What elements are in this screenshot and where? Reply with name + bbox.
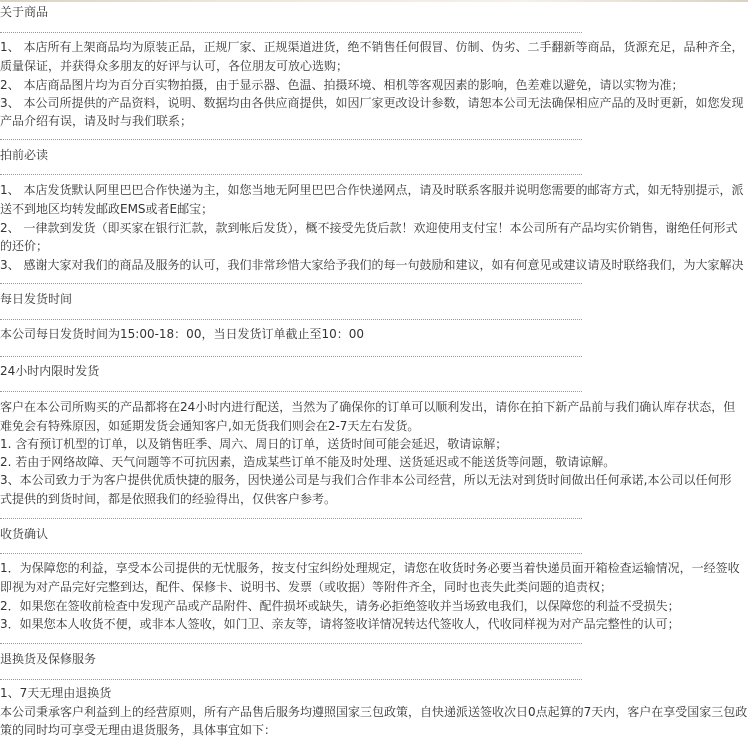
divider xyxy=(0,139,582,140)
paragraph-line: 即视为对产品完好完整到达，配件、保修卡、说明书、发票（或收据）等附件齐全，同时也… xyxy=(0,578,612,597)
paragraph-line: 质量保证，并获得众多朋友的好评与认可，各位朋友可放心选购； xyxy=(0,57,348,76)
divider xyxy=(0,32,582,33)
paragraph-line: 1、7天无理由退换货 xyxy=(0,684,111,703)
divider xyxy=(0,553,582,554)
paragraph-line: 2、 一律款到发货（即买家在银行汇款，款到帐后发货），概不接受先货后款！欢迎使用… xyxy=(0,219,737,238)
paragraph-line: 策的同时均可享受无理由退货服务，具体事宜如下： xyxy=(0,721,276,739)
top-border xyxy=(0,0,748,2)
paragraph-line: 3、 本公司所提供的产品资料，说明、数据均由各供应商提供，如因厂家更改设计参数，… xyxy=(0,94,743,113)
paragraph-line: 2．如果您在签收前检查中发现产品或产品附件、配件损坏或缺失，请务必拒绝签收并当场… xyxy=(0,597,680,616)
divider xyxy=(0,518,582,519)
paragraph-line: 客户在本公司所购买的产品都将在24小时内进行配送，当然为了确保你的订单可以顺利发… xyxy=(0,398,735,417)
paragraph-line: 2、 本店商品图片均为百分百实物拍摄，由于显示器、色温、拍摄环境、相机等客观因素… xyxy=(0,76,683,95)
divider xyxy=(0,319,582,320)
section-title-pre-purchase: 拍前必读 xyxy=(0,146,48,165)
paragraph-line: 的还价； xyxy=(0,237,48,256)
section-title-daily-shipping: 每日发货时间 xyxy=(0,290,72,309)
section-title-about-products: 关于商品 xyxy=(0,3,48,22)
section-title-24h-shipping: 24小时内限时发货 xyxy=(0,362,99,381)
paragraph-line: 1、 本店发货默认阿里巴巴合作快递为主，如您当地无阿里巴巴合作快递网点，请及时联… xyxy=(0,181,743,200)
paragraph-line: 1、 本店所有上架商品均为原装正品，正规厂家、正规渠道进货，绝不销售任何假冒、仿… xyxy=(0,38,743,57)
paragraph-line: 1．为保障您的利益，享受本公司提供的无忧服务，按支付宝纠纷处理规定，请您在收货时… xyxy=(0,559,740,578)
divider xyxy=(0,643,582,644)
paragraph-line: 3、 感谢大家对我们的商品及服务的认可，我们非常珍惜大家给予我们的每一句鼓励和建… xyxy=(0,256,743,275)
paragraph-line: 2. 若由于网络故障、天气问题等不可抗因素，造成某些订单不能及时处理、送货延迟或… xyxy=(0,453,615,472)
paragraph-line: 1. 含有预订机型的订单，以及销售旺季、周六、周日的订单，送货时间可能会延迟，敬… xyxy=(0,435,507,454)
divider xyxy=(0,356,582,357)
paragraph-line: 产品介绍有误，请及时与我们联系； xyxy=(0,112,192,131)
divider xyxy=(0,174,582,175)
paragraph-line: 送不到地区均转发邮政EMS或者E邮宝； xyxy=(0,200,213,219)
paragraph-line: 3．如果您本人收货不便，或非本人签收，如门卫、亲友等，请将签收详情况转达代签收人… xyxy=(0,615,680,634)
section-title-returns-warranty: 退换货及保修服务 xyxy=(0,650,96,669)
paragraph-line: 式提供的到货时间，都是依照我们的经验得出，仅供客户参考。 xyxy=(0,490,336,509)
paragraph-line: 本公司秉承客户利益到上的经营原则，所有产品售后服务均遵照国家三包政策，自快递派送… xyxy=(0,703,747,722)
divider xyxy=(0,283,582,284)
paragraph-line: 本公司每日发货时间为15:00-18：00，当日发货订单截止至10：00 xyxy=(0,325,364,344)
divider xyxy=(0,679,582,680)
section-title-receipt-confirmation: 收货确认 xyxy=(0,525,48,544)
paragraph-line: 3、本公司致力于为客户提供优质快捷的服务，因快递公司是与我们合作非本公司经营，所… xyxy=(0,471,731,490)
paragraph-line: 难免会有特殊原因，如延期发货会通知客户,如无货我们则会在2-7天左右发货。 xyxy=(0,417,419,436)
divider xyxy=(0,391,582,392)
